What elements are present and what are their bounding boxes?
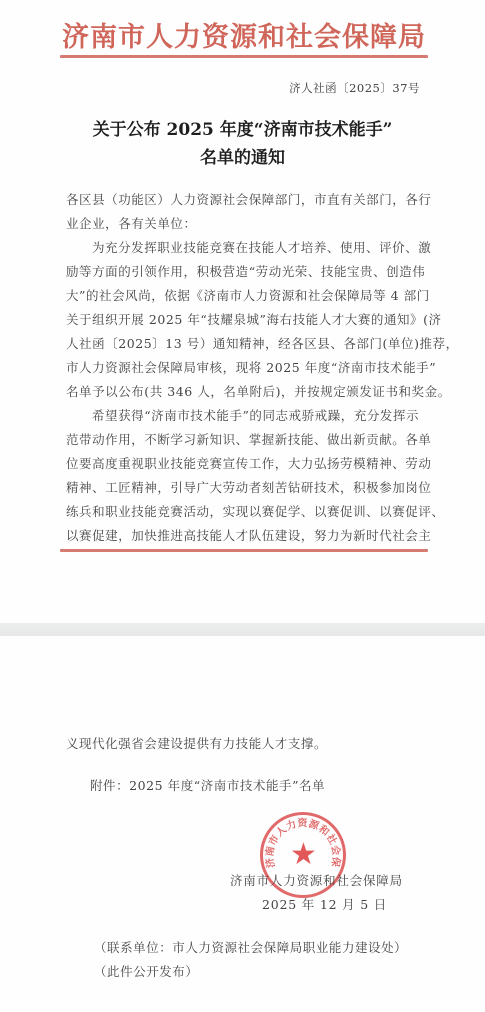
paragraph-2-line: 希望获得“济南市技术能手”的同志戒骄戒躁，充分发挥示 <box>92 404 426 428</box>
paragraph-2-line: 以赛促建，加快推进高技能人才队伍建设，努力为新时代社会主 <box>66 524 426 548</box>
signature-date: 2025 年 12 月 5 日 <box>262 895 387 913</box>
paragraph-1-line: 为充分发挥职业技能竞赛在技能人才培养、使用、评价、激 <box>92 236 426 260</box>
paragraph-2-line: 位要高度重视职业技能竞赛宣传工作，大力弘扬劳模精神、劳动 <box>66 452 426 476</box>
paragraph-1-line: 大”的社会风尚，依据《济南市人力资源和社会保障局等 4 部门 <box>66 284 426 308</box>
paragraph-2-line: 精神、工匠精神，引导广大劳动者刻苦钻研技术，积极参加岗位 <box>66 476 426 500</box>
page-separator <box>0 623 485 636</box>
paragraph-1-line: 人社函〔2025〕13 号）通知精神，经各区县、各部门(单位)推荐， <box>66 332 426 356</box>
document-number: 济人社函〔2025〕37号 <box>289 80 420 96</box>
addressee-line: 各区县（功能区）人力资源社会保障部门，市直有关部门，各行 <box>66 188 426 212</box>
paragraph-1-line: 名单予以公布(共 346 人，名单附后)，并按规定颁发证书和奖金。 <box>66 380 426 404</box>
paragraph-2-line: 范带动作用，不断学习新知识、掌握新技能、做出新贡献。各单 <box>66 428 426 452</box>
letterhead-red-rule <box>60 55 428 58</box>
paragraph-1-line: 励等方面的引领作用，积极营造“劳动光荣、技能宝贵、创造伟 <box>66 260 426 284</box>
publish-note: （此件公开发布） <box>94 960 454 984</box>
document-title-line-2: 名单的通知 <box>40 144 445 172</box>
contact-unit: （联系单位：市人力资源社会保障局职业能力建设处） <box>94 936 454 960</box>
attachment-line: 附件：2025 年度“济南市技术能手”名单 <box>90 774 424 798</box>
document-title-line-1: 关于公布 2025 年度“济南市技术能手” <box>40 116 445 144</box>
paragraph-2-line: 练兵和职业技能竞赛活动，实现以赛促学、以赛促训、以赛促评、 <box>66 500 426 524</box>
paragraph-1-line: 关于组织开展 2025 年“技耀泉城”海右技能人才大赛的通知》(济 <box>66 308 426 332</box>
star-icon: ★ <box>290 840 317 870</box>
letterhead-org-name: 济南市人力资源和社会保障局 <box>60 20 428 56</box>
page-footer-red-rule <box>60 549 428 552</box>
paragraph-1-line: 市人力资源社会保障局审核，现将 2025 年度“济南市技术能手” <box>66 356 426 380</box>
addressee-line: 业企业，各有关单位： <box>66 212 426 236</box>
document-page-1: 济南市人力资源和社会保障局 济人社函〔2025〕37号 关于公布 2025 年度… <box>0 0 485 623</box>
signature-organization: 济南市人力资源和社会保障局 <box>230 871 403 889</box>
paragraph-2-continuation: 义现代化强省会建设提供有力技能人才支撑。 <box>66 732 426 756</box>
